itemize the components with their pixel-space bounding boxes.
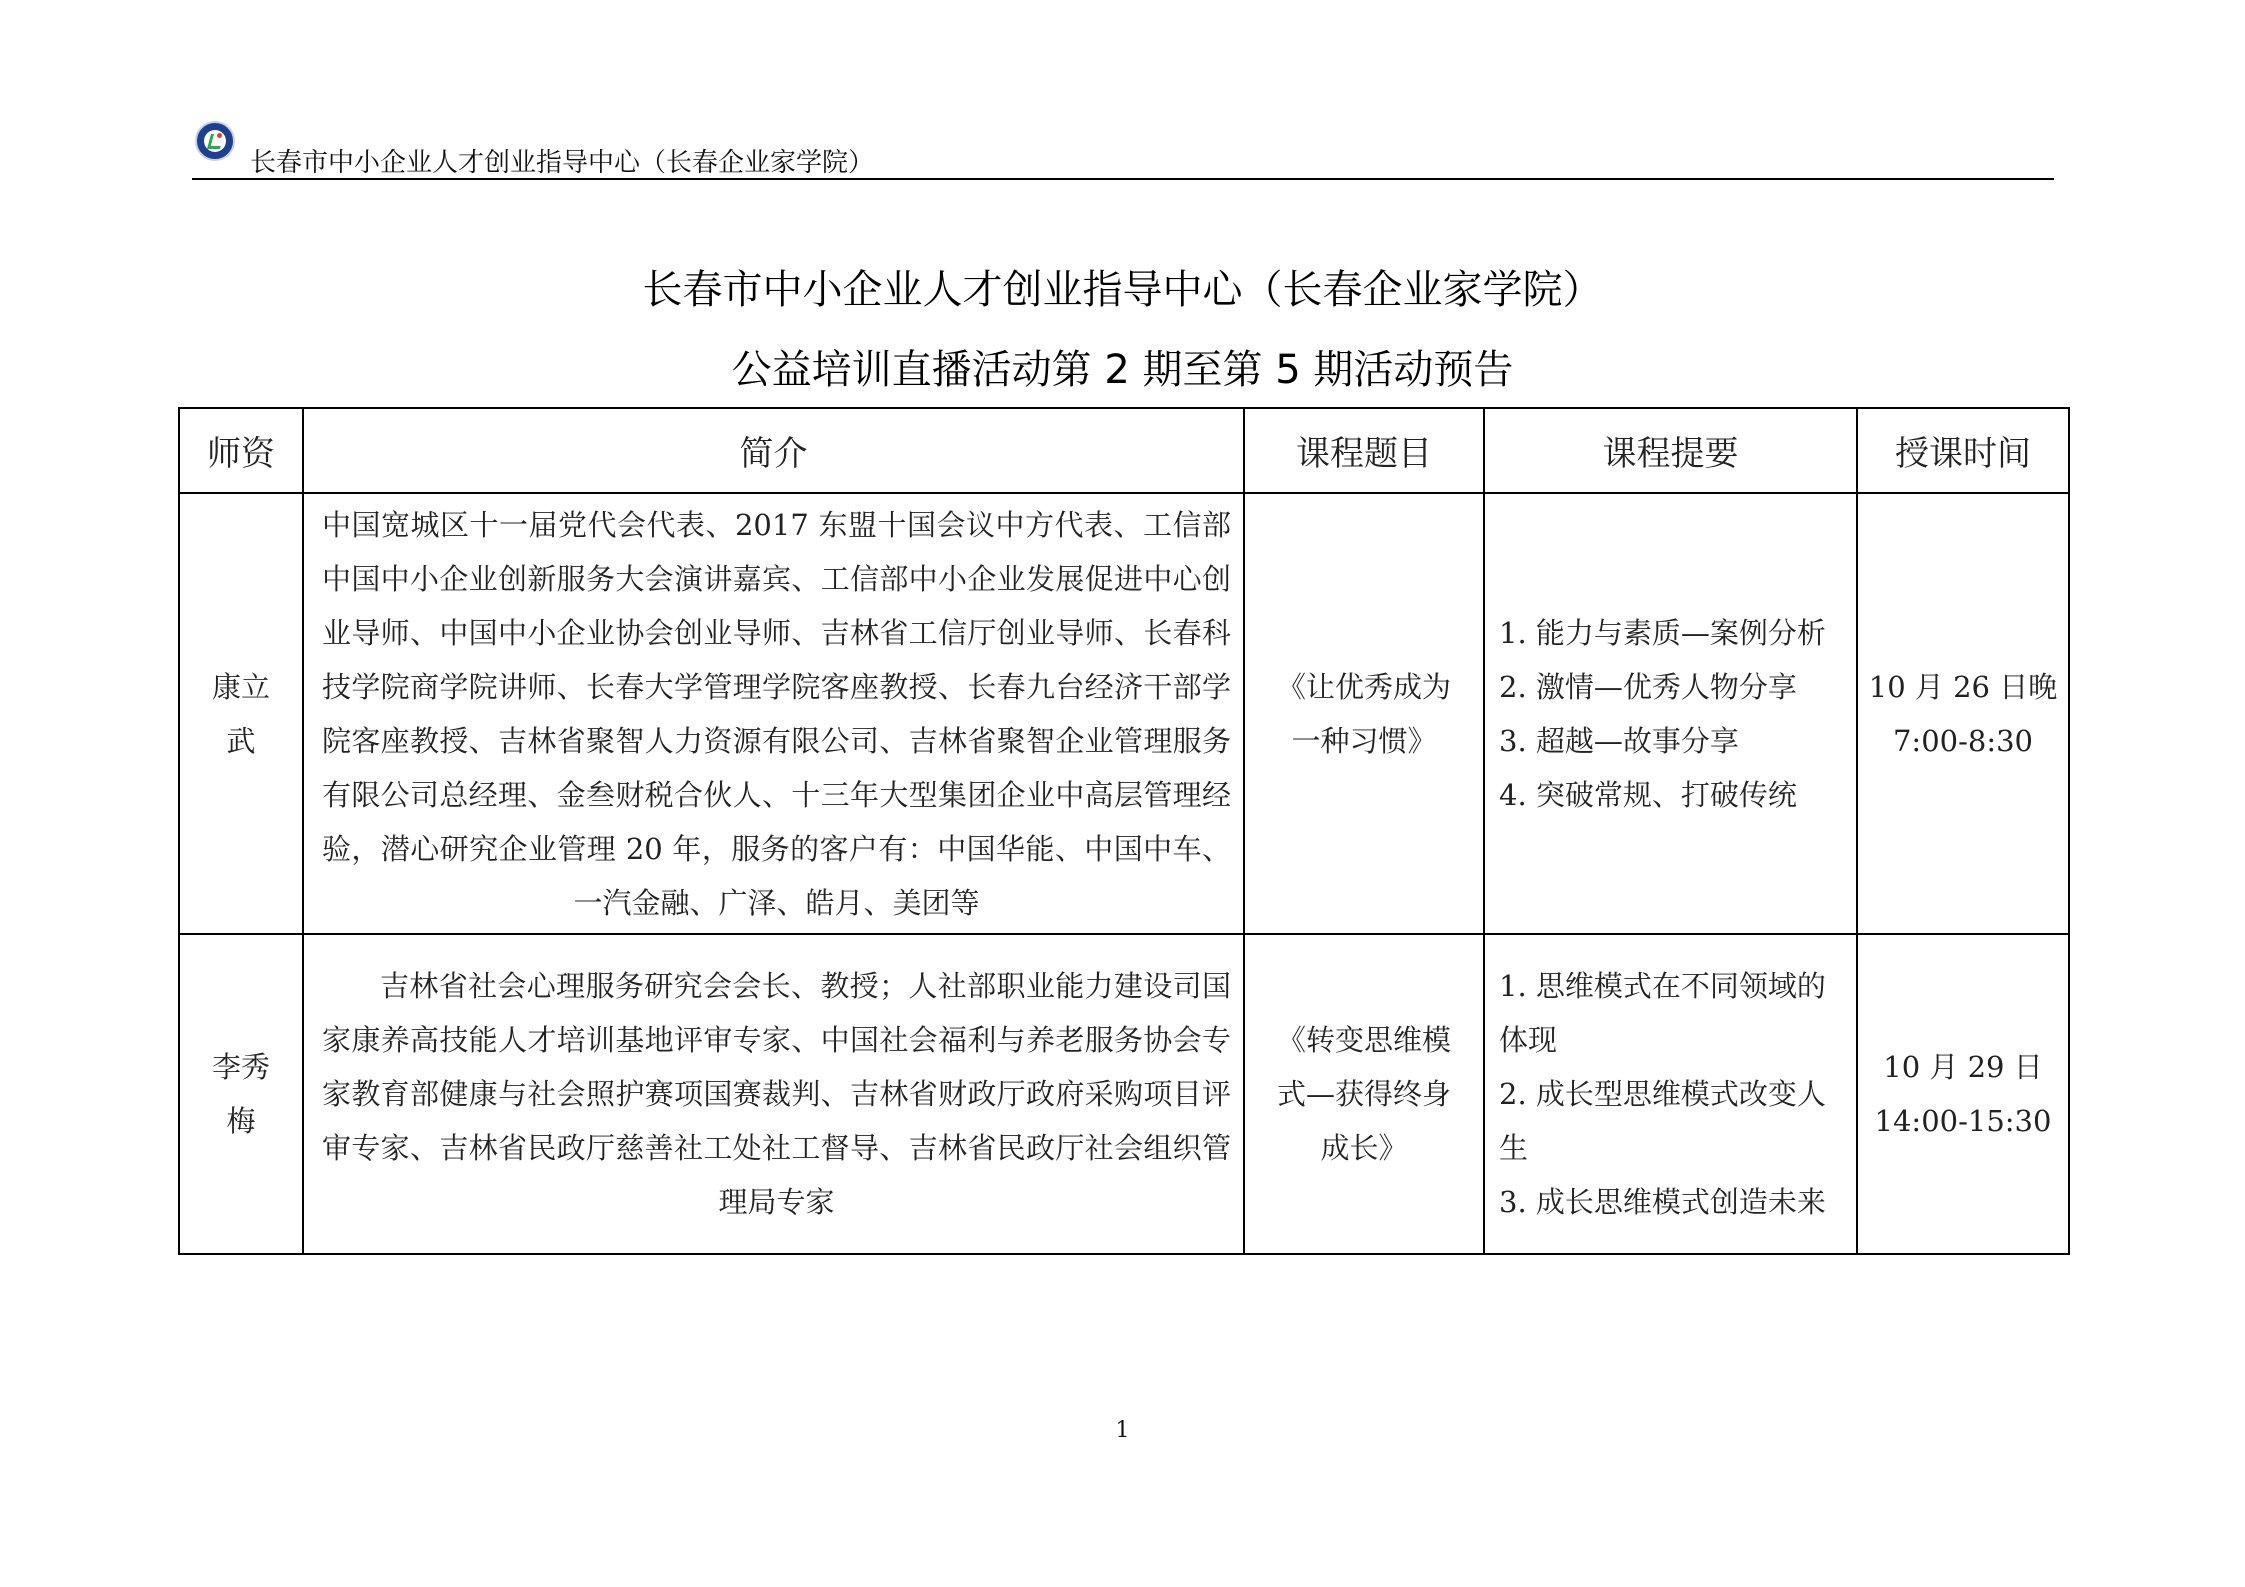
outline-item: 3. 超越—故事分享 (1499, 714, 1842, 768)
course-title-cell: 《让优秀成为一种习惯》 (1244, 493, 1484, 934)
outline-item: 2. 激情—优秀人物分享 (1499, 660, 1842, 714)
outline-item: 2. 成长型思维模式改变人生 (1499, 1067, 1842, 1175)
time-cell: 10 月 26 日晚 7:00-8:30 (1857, 493, 2069, 934)
document-title: 长春市中小企业人才创业指导中心（长春企业家学院） (0, 258, 2245, 315)
column-header-course: 课程题目 (1244, 408, 1484, 493)
teacher-cell: 李秀梅 (179, 934, 303, 1254)
table-row: 康立武 中国宽城区十一届党代会代表、2017 东盟十国会议中方代表、工信部中国中… (179, 493, 2069, 934)
outline-item: 3. 成长思维模式创造未来 (1499, 1175, 1842, 1229)
outline-item: 4. 突破常规、打破传统 (1499, 768, 1842, 822)
column-header-outline: 课程提要 (1484, 408, 1857, 493)
schedule-table: 师资 简介 课程题目 课程提要 授课时间 康立武 中国宽城区十一届党代会代表、2… (178, 407, 2070, 1255)
column-header-time: 授课时间 (1857, 408, 2069, 493)
outline-item: 1. 思维模式在不同领域的体现 (1499, 959, 1842, 1067)
column-header-intro: 简介 (303, 408, 1244, 493)
time-date: 10 月 29 日 (1866, 1040, 2060, 1094)
time-cell: 10 月 29 日 14:00-15:30 (1857, 934, 2069, 1254)
organization-logo-icon (195, 121, 235, 161)
outline-item: 1. 能力与素质—案例分析 (1499, 606, 1842, 660)
page-header: 长春市中小企业人才创业指导中心（长春企业家学院） (192, 118, 2054, 180)
time-range: 7:00-8:30 (1866, 714, 2060, 768)
outline-cell: 1. 思维模式在不同领域的体现 2. 成长型思维模式改变人生 3. 成长思维模式… (1484, 934, 1857, 1254)
time-range: 14:00-15:30 (1866, 1094, 2060, 1148)
intro-cell: 吉林省社会心理服务研究会会长、教授；人社部职业能力建设司国家康养高技能人才培训基… (303, 934, 1244, 1254)
logo-dot (217, 133, 222, 138)
teacher-cell: 康立武 (179, 493, 303, 934)
column-header-teacher: 师资 (179, 408, 303, 493)
document-subtitle: 公益培训直播活动第 2 期至第 5 期活动预告 (0, 338, 2245, 395)
course-title-cell: 《转变思维模式—获得终身成长》 (1244, 934, 1484, 1254)
intro-cell: 中国宽城区十一届党代会代表、2017 东盟十国会议中方代表、工信部中国中小企业创… (303, 493, 1244, 934)
page-number: 1 (0, 1418, 2245, 1443)
header-organization-name: 长春市中小企业人才创业指导中心（长春企业家学院） (250, 142, 874, 179)
time-date: 10 月 26 日晚 (1866, 660, 2060, 714)
table-row: 李秀梅 吉林省社会心理服务研究会会长、教授；人社部职业能力建设司国家康养高技能人… (179, 934, 2069, 1254)
table-header-row: 师资 简介 课程题目 课程提要 授课时间 (179, 408, 2069, 493)
outline-cell: 1. 能力与素质—案例分析 2. 激情—优秀人物分享 3. 超越—故事分享 4.… (1484, 493, 1857, 934)
